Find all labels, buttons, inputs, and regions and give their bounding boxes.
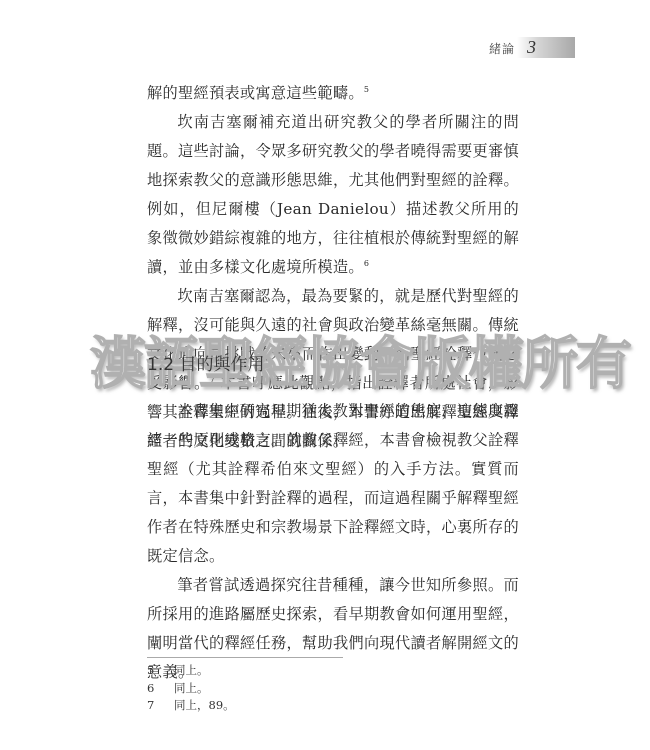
- paragraph-text: 坎南吉塞爾補充道出研究教父的學者所關注的問題。這些討論，令眾多研究教父的學者曉得…: [147, 113, 519, 276]
- footnote-number: 6: [147, 680, 174, 698]
- footnote-text: 同上。: [174, 662, 209, 680]
- paragraph: 解的聖經預表或寓意這些範疇。5: [147, 79, 519, 108]
- paragraph-text: 解的聖經預表或寓意這些範疇。: [147, 84, 364, 102]
- body-text-bottom: 本書集中研究早期猶太教對聖經的態度，這態度證諸一些原則或格言。就教父釋經，本書會…: [147, 397, 519, 687]
- paragraph: 本書集中研究早期猶太教對聖經的態度，這態度證諸一些原則或格言。就教父釋經，本書會…: [147, 397, 519, 571]
- footnote: 6 同上。: [147, 680, 447, 698]
- header-gradient-bar: [517, 37, 575, 58]
- page-number: 3: [527, 37, 536, 58]
- running-header: 緒論 3: [0, 37, 650, 59]
- section-heading: 1.2 目的與作用: [147, 350, 264, 375]
- chapter-label: 緒論: [489, 40, 515, 57]
- paragraph: 坎南吉塞爾補充道出研究教父的學者所關注的問題。這些討論，令眾多研究教父的學者曉得…: [147, 108, 519, 282]
- footnote-ref[interactable]: 6: [364, 259, 369, 268]
- footnote: 7 同上，89。: [147, 697, 447, 715]
- footnote: 5 同上。: [147, 662, 447, 680]
- footnote-number: 5: [147, 662, 174, 680]
- footnotes: 5 同上。 6 同上。 7 同上，89。: [147, 662, 447, 715]
- footnote-ref[interactable]: 5: [364, 85, 369, 94]
- footnote-divider: [147, 657, 343, 658]
- footnote-number: 7: [147, 697, 174, 715]
- footnote-text: 同上，89。: [174, 697, 235, 715]
- footnote-text: 同上。: [174, 680, 209, 698]
